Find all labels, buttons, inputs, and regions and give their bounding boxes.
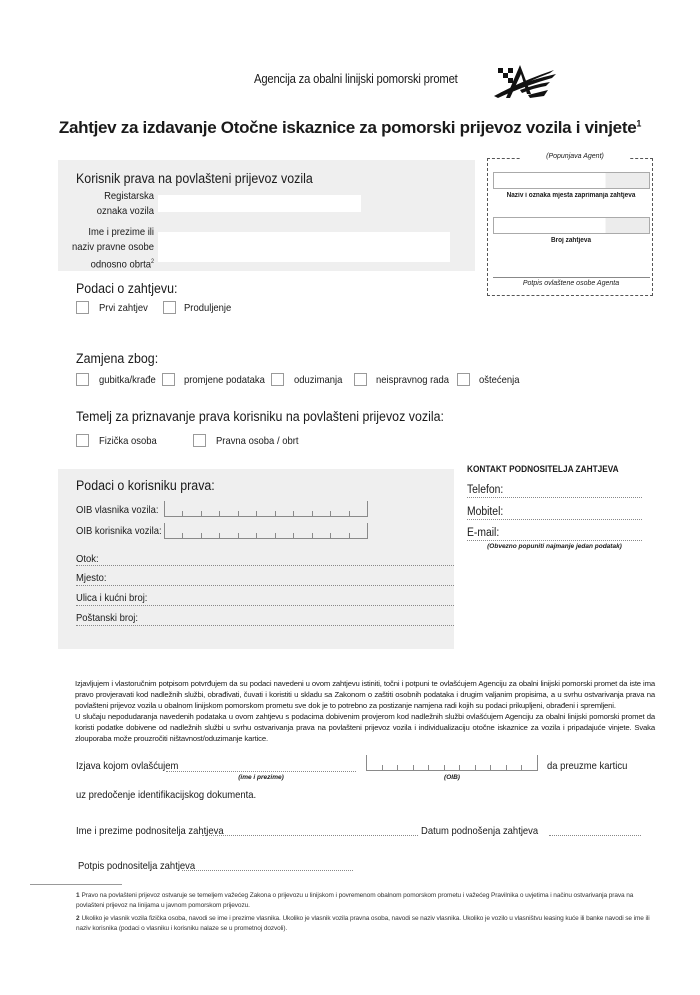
declaration-paragraph-1: Izjavljujem i vlastoručnim potpisom potv… (75, 679, 655, 712)
authorized-oib-hint: (OIB) (366, 774, 538, 781)
authorization-id-note: uz predočenje identifikacijskog dokument… (76, 789, 256, 801)
oib-cell (313, 533, 331, 538)
registration-input[interactable] (158, 195, 361, 212)
oib-cell (367, 765, 383, 770)
agent-signature-line[interactable] (493, 277, 650, 278)
oib-cell (350, 533, 367, 538)
oib-cell (276, 533, 294, 538)
footnote-separator (30, 884, 122, 885)
mobile-input[interactable] (467, 519, 642, 520)
street-label: Ulica i kućni broj: (76, 592, 147, 604)
phone-input[interactable] (467, 497, 642, 498)
oib-cell (202, 511, 220, 516)
postal-code-label: Poštanski broj: (76, 612, 138, 624)
oib-cell (313, 511, 331, 516)
request-type-options: Prvi zahtjev (76, 301, 153, 314)
street-input[interactable] (76, 605, 454, 606)
postal-code-input[interactable] (76, 625, 454, 626)
extension-checkbox[interactable] (163, 301, 176, 314)
oib-cell (165, 533, 183, 538)
agency-ship-logo-icon (490, 62, 560, 102)
agent-heading: (Popunjava Agent) (520, 153, 630, 160)
oib-cell (202, 533, 220, 538)
footnote-1: 1Pravo na povlašteni prijevoz ostvaruje … (76, 891, 656, 910)
mobile-label: Mobitel: (467, 506, 503, 518)
submission-date-input[interactable] (549, 835, 641, 836)
replacement-data-change-option: promjene podataka (162, 373, 274, 386)
natural-person-checkbox[interactable] (76, 434, 89, 447)
agent-signature-label: Potpis ovlaštene osobe Agenta (489, 280, 653, 287)
legal-person-option: Pravna osoba / obrt (193, 434, 308, 447)
damage-label: oštećenja (479, 374, 519, 386)
owner-name-label: Ime i prezime ili naziv pravne osobe odn… (66, 225, 154, 273)
seizure-checkbox[interactable] (271, 373, 284, 386)
oib-user-label: OIB korisnika vozila: (76, 525, 162, 537)
submission-date-label: Datum podnošenja zahtjeva (421, 825, 538, 837)
replacement-loss-option: gubitka/krađe (76, 373, 162, 386)
declaration-text: Izjavljujem i vlastoručnim potpisom potv… (75, 679, 655, 744)
user-data-heading: Podaci o korisniku prava: (76, 478, 215, 493)
authorization-suffix: da preuzme karticu (547, 760, 627, 772)
registration-label: Registarska oznaka vozila (69, 189, 154, 219)
applicant-signature-label: Potpis podnositelja zahtjeva (78, 860, 195, 872)
place-input[interactable] (76, 585, 454, 586)
intake-location-input[interactable] (493, 172, 650, 189)
data-change-label: promjene podataka (184, 374, 265, 386)
oib-user-cells (164, 523, 368, 539)
extension-option: Produljenje (163, 301, 237, 314)
oib-owner-input[interactable] (164, 501, 368, 517)
oib-cell (507, 765, 523, 770)
contact-heading: KONTAKT PODNOSITELJA ZAHTJEVA (467, 464, 619, 474)
first-request-checkbox[interactable] (76, 301, 89, 314)
oib-cell (445, 765, 461, 770)
oib-cell (429, 765, 445, 770)
data-change-checkbox[interactable] (162, 373, 175, 386)
oib-cell (522, 765, 537, 770)
oib-owner-cells (164, 501, 368, 517)
replacement-seizure-option: oduzimanja (271, 373, 348, 386)
email-input[interactable] (467, 540, 642, 541)
oib-cell (294, 511, 312, 516)
owner-name-input[interactable] (158, 232, 450, 262)
oib-cell (165, 511, 183, 516)
authorized-person-name-input[interactable] (166, 771, 356, 772)
page-title: Zahtjev za izdavanje Otočne iskaznice za… (0, 118, 700, 138)
request-number-input[interactable] (493, 217, 650, 234)
natural-person-option: Fizička osoba (76, 434, 163, 447)
authorization-prefix: Izjava kojom ovlašćujem (76, 760, 178, 772)
place-label: Mjesto: (76, 572, 106, 584)
loss-theft-checkbox[interactable] (76, 373, 89, 386)
replacement-heading: Zamjena zbog: (76, 351, 158, 366)
island-label: Otok: (76, 553, 99, 565)
declaration-paragraph-2: U slučaju nepodudaranja navedenih podata… (75, 712, 655, 745)
replacement-damage-option: oštećenja (457, 373, 524, 386)
oib-cell (383, 765, 399, 770)
oib-cell (239, 533, 257, 538)
oib-cell (183, 533, 201, 538)
legal-person-label: Pravna osoba / obrt (216, 435, 298, 447)
oib-cell (239, 511, 257, 516)
authorized-oib-cells (366, 755, 538, 771)
email-label: E-mail: (467, 527, 499, 539)
request-number-label: Broj zahtjeva (496, 237, 647, 244)
intake-location-label: Naziv i oznaka mjesta zaprimanja zahtjev… (496, 192, 647, 199)
oib-cell (220, 511, 238, 516)
malfunction-checkbox[interactable] (354, 373, 367, 386)
seizure-label: oduzimanja (294, 374, 342, 386)
oib-cell (460, 765, 476, 770)
oib-cell (294, 533, 312, 538)
oib-cell (183, 511, 201, 516)
oib-cell (276, 511, 294, 516)
oib-cell (491, 765, 507, 770)
request-data-heading: Podaci o zahtjevu: (76, 281, 178, 296)
contact-note: (Obvezno popuniti najmanje jedan podatak… (467, 543, 642, 550)
oib-cell (220, 533, 238, 538)
oib-user-input[interactable] (164, 523, 368, 539)
oib-owner-label: OIB vlasnika vozila: (76, 504, 158, 516)
natural-person-label: Fizička osoba (99, 435, 157, 447)
malfunction-label: neispravnog rada (376, 374, 449, 386)
footnote-2: 2Ukoliko je vlasnik vozila fizička osoba… (76, 914, 656, 933)
phone-label: Telefon: (467, 484, 503, 496)
loss-theft-label: gubitka/krađe (99, 374, 156, 386)
applicant-name-input[interactable] (202, 835, 418, 836)
oib-cell (350, 511, 367, 516)
oib-cell (331, 511, 349, 516)
island-input[interactable] (76, 565, 454, 566)
applicant-signature-input[interactable] (182, 870, 353, 871)
authorized-oib-input[interactable] (366, 755, 538, 771)
replacement-malfunction-option: neispravnog rada (354, 373, 457, 386)
oib-cell (476, 765, 492, 770)
oib-cell (398, 765, 414, 770)
oib-cell (414, 765, 430, 770)
oib-cell (257, 511, 275, 516)
beneficiary-heading: Korisnik prava na povlašteni prijevoz vo… (76, 171, 313, 186)
agency-name: Agencija za obalni linijski pomorski pro… (254, 72, 458, 86)
authorized-name-hint: (ime i prezime) (166, 774, 356, 781)
oib-cell (331, 533, 349, 538)
first-request-label: Prvi zahtjev (99, 302, 148, 314)
extension-label: Produljenje (184, 302, 231, 314)
legal-person-checkbox[interactable] (193, 434, 206, 447)
basis-heading: Temelj za priznavanje prava korisniku na… (76, 409, 444, 424)
oib-cell (257, 533, 275, 538)
damage-checkbox[interactable] (457, 373, 470, 386)
